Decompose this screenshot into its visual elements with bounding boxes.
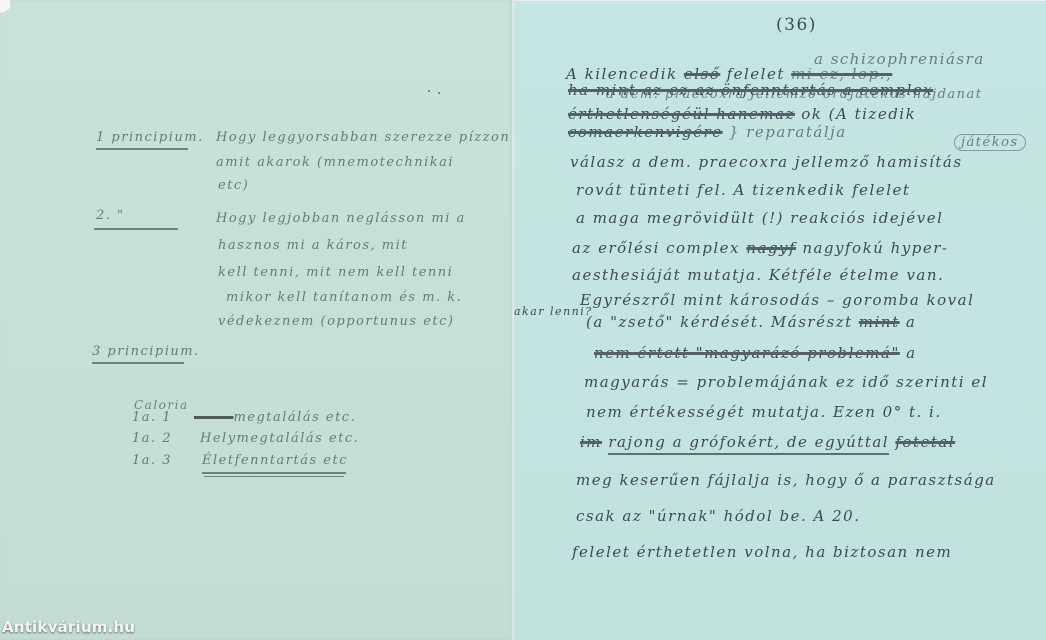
double-underline — [202, 472, 346, 474]
principle-1-line: amit akarok (mnemotechnikai — [216, 155, 454, 170]
left-manuscript-page: 1 principium. Hogy leggyorsabban szerezz… — [0, 0, 514, 640]
principle-3-label: 3 principium. — [92, 344, 200, 359]
manuscript-line: im rajong a grófokért, de egyúttal fotet… — [580, 433, 955, 451]
sublist-item: megtalálás etc. — [194, 410, 356, 425]
manuscript-line: aesthesiáját mutatja. Kétféle ételme van… — [572, 266, 944, 284]
principle-2-line: hasznos mi a káros, mit — [218, 238, 408, 253]
sublist-item: Helymegtalálás etc. — [200, 431, 359, 446]
principle-2-line: kell tenni, mit nem kell tenni — [218, 265, 453, 280]
principle-1-line: Hogy leggyorsabban szerezze pízzon — [216, 130, 510, 145]
watermark-logo: Antikvárium.hu — [2, 618, 135, 636]
line-text: rajong a grófokért, de egyúttal — [608, 433, 889, 455]
line-text: nagyfokú hyper- — [802, 239, 948, 257]
sublist-item: Életfenntartás etc — [202, 453, 348, 468]
underline — [92, 362, 184, 364]
underline — [94, 228, 178, 230]
sublist-number: 1a. 1 — [132, 410, 172, 425]
right-manuscript-page: (36) a schizophreniásra A kilencedik els… — [514, 0, 1046, 640]
ink-speck — [428, 90, 430, 92]
manuscript-line: magyarás = problemájának ez idő szerinti… — [584, 373, 988, 391]
manuscript-line: érthetlenségéül hanemaz ok (A tizedik — [568, 105, 916, 123]
line-text: ok (A tizedik — [801, 105, 916, 123]
manuscript-line: a maga megrövidült (!) reakciós idejével — [576, 209, 943, 227]
struck-text: érthetlenségéül hanemaz — [568, 105, 795, 123]
line-text: (a "zsető" kérdését. Másrészt — [586, 313, 853, 331]
manuscript-line: felelet érthetetlen volna, ha biztosan n… — [572, 543, 952, 561]
line-text: a — [906, 313, 916, 331]
manuscript-line: comaerkenvigére } reparatálja — [568, 123, 847, 141]
principle-2-line: védekeznem (opportunus etc) — [218, 314, 455, 329]
principle-2-label: 2. " — [96, 208, 125, 223]
struck-text: im — [580, 433, 602, 451]
manuscript-line: nem értett "magyarázó problemá" a — [594, 344, 917, 362]
ink-speck — [438, 92, 440, 94]
manuscript-line: az erőlési complex nagyf nagyfokú hyper- — [572, 239, 948, 257]
struck-text: mint — [859, 313, 900, 331]
manuscript-line: rovát tünteti fel. A tizenkedik felelet — [576, 181, 910, 199]
principle-1-label: 1 principium. — [96, 130, 204, 145]
manuscript-line: válasz a dem. praecoxra jellemző hamisít… — [570, 153, 963, 171]
principle-2-line: Hogy legjobban neglásson mi a — [216, 211, 466, 226]
manuscript-line: csak az "úrnak" hódol be. A 20. — [576, 507, 860, 525]
struck-text: comaerkenvigére — [568, 123, 723, 141]
line-text: az erőlési complex — [572, 239, 740, 257]
underline — [96, 148, 188, 150]
manuscript-line: meg keserűen fájlalja is, hogy ő a paras… — [576, 471, 996, 489]
circled-text: játékos — [954, 134, 1026, 151]
principle-1-line: etc) — [218, 178, 249, 193]
page-number: (36) — [776, 15, 817, 35]
manuscript-line: Egyrészről mint károsodás – goromba kova… — [580, 291, 974, 309]
margin-note-left: akar lenni? — [514, 305, 593, 318]
struck-text: ha mint az ez az önfenntartás a complex — [568, 81, 933, 99]
principle-2-line: mikor kell tanítanom és m. k. — [226, 290, 462, 305]
circled-margin-note: játékos — [954, 135, 1026, 150]
line-text: } reparatálja — [729, 123, 847, 141]
line-text: a — [906, 344, 916, 362]
struck-text: nem értett "magyarázó problemá" — [594, 344, 900, 362]
sublist-item-text: megtalálás etc. — [233, 410, 356, 425]
sublist-number: 1a. 3 — [132, 453, 172, 468]
sublist-number: 1a. 2 — [132, 431, 172, 446]
struck-text: fotetal — [895, 433, 955, 451]
struck-text: nagyf — [746, 239, 796, 257]
manuscript-line: nem értékességét mutatja. Ezen 0° t. i. — [586, 403, 942, 421]
double-underline — [204, 476, 344, 477]
manuscript-line: (a "zsető" kérdését. Másrészt mint a — [586, 313, 916, 331]
manuscript-line: ha mint az ez az önfenntartás a complex — [568, 81, 933, 99]
